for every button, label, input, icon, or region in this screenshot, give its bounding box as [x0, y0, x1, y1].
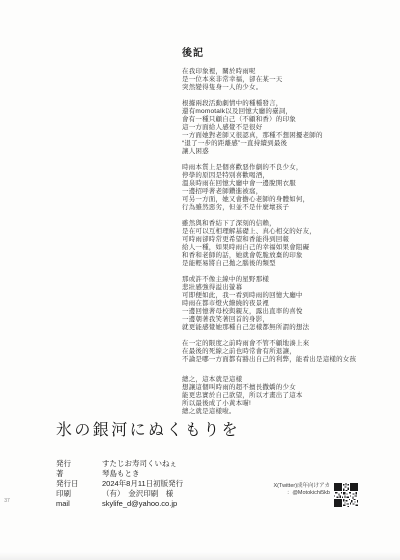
afterword-line: 總之就是這樣啦。 [182, 408, 360, 416]
afterword-line: 在我印象裡，關於時雨呢 [182, 68, 360, 76]
afterword-line: 雖然與和香結下了深刻的信賴， [182, 220, 360, 228]
afterword-line: 一邊朝著我笑著回首的身影， [182, 316, 360, 324]
afterword-line: 所以最後成了小黃本喵! [182, 400, 360, 408]
colophon-label: 発行 [56, 459, 102, 469]
afterword-line: 可即便如此，我一看到時雨的回憶大廳中 [182, 292, 360, 300]
afterword-line: 溫泉時雨在回憶大廳中會一邊脫開衣服 [182, 180, 360, 188]
scanned-afterword-page: 後記 在我印象裡，關於時雨呢是一位本來非常幸福，卻在某一天突然變得隻身一人的少女… [0, 0, 400, 560]
twitter-note-block: X(Twitter)成年向けアカ ：@Motokichi5kb [250, 483, 358, 507]
colophon-label: 著 [56, 469, 102, 479]
colophon: 発行すたじお寿司くいねぇ著琴島もとき発行日2024年8月11日初版発行印刷（有）… [56, 459, 183, 509]
afterword-line: 就更能感覺她那種自己怎樣都無所謂的想法 [182, 324, 360, 332]
afterword-text-block: 後記 在我印象裡，關於時雨呢是一位本來非常幸福，卻在某一天突然變得隻身一人的少女… [182, 44, 360, 424]
colophon-value: すたじお寿司くいねぇ [102, 459, 177, 469]
afterword-line: 和香和老師的話，她就會乾脆放棄的印象 [182, 252, 360, 260]
colophon-label: 発行日 [56, 479, 102, 489]
afterword-line: 這一方面給人感覺不是很好 [182, 124, 360, 132]
afterword-line: “退了一步的距離感”一直持續到最後 [182, 140, 360, 148]
afterword-line: 會有一種只顧自己（不顧和香）的印象 [182, 116, 360, 124]
afterword-paragraph: 雖然與和香結下了深刻的信賴，是在可以互相理解基礎上、真心相交的好友，可時雨卻時常… [182, 220, 360, 268]
afterword-line: 一邊招呼著老師鑽進被窩， [182, 188, 360, 196]
afterword-line: 給人一種，如果時雨自己的幸福如果會阻礙 [182, 244, 360, 252]
twitter-note: X(Twitter)成年向けアカ ：@Motokichi5kb [250, 483, 330, 497]
colophon-value: 琴島もとき [102, 469, 140, 479]
afterword-line: 行為雖然惡劣，但並不是什麼壞孩子 [182, 204, 360, 212]
colophon-value: skylife_d@yahoo.co.jp [102, 499, 177, 509]
afterword-line: 在一定的限度之前時雨會不管不顧地湊上來 [182, 340, 360, 348]
colophon-value: （有） 金沢印刷 様 [102, 489, 173, 499]
afterword-line: 是一位本來非常幸福，卻在某一天 [182, 76, 360, 84]
colophon-row: 発行日2024年8月11日初版発行 [56, 479, 183, 489]
afterword-paragraph: 在我印象裡，關於時雨呢是一位本來非常幸福，卻在某一天突然變得隻身一人的少女。 [182, 68, 360, 92]
afterword-line: 還有momotalk以及回憶大廳的臺詞， [182, 108, 360, 116]
colophon-row: mailskylife_d@yahoo.co.jp [56, 499, 183, 509]
afterword-line: 在最後的死線之前也時常會有所退讓， [182, 348, 360, 356]
afterword-line: 一方面她對老師又很認真，那種不想困擾老師的 [182, 132, 360, 140]
afterword-line: 停學的原因是特別喜歡喝酒， [182, 172, 360, 180]
afterword-line: 時雨在都市燈火繚繞的夜景裡 [182, 300, 360, 308]
colophon-label: mail [56, 499, 102, 509]
colophon-label: 印刷 [56, 489, 102, 499]
afterword-line: 總之，這本就是這樣 [182, 376, 360, 384]
afterword-line: 可時雨卻時常更希望和香能得到回報 [182, 236, 360, 244]
afterword-paragraph: 根據兩段活動劇情中的種種發言，還有momotalk以及回憶大廳的臺詞，會有一種只… [182, 100, 360, 156]
afterword-line: 一邊回憶著母校與親友，露出直率的喜悅 [182, 308, 360, 316]
afterword-paragraph: 那或許不像主線中的星野那樣悲壯感強得溢出螢幕可即便如此，我一看到時雨的回憶大廳中… [182, 276, 360, 332]
book-title: 氷の銀河にぬくもりを [56, 417, 240, 440]
afterword-heading: 後記 [182, 44, 360, 59]
afterword-line: 根據兩段活動劇情中的種種發言， [182, 100, 360, 108]
afterword-line: 是能輕易將自己拋之腦後的類型 [182, 260, 360, 268]
afterword-paragraph: 總之，這本就是這樣想讓這個叫時雨的超不擅長撒嬌的少女能更忠實於自己欲望，所以才畫… [182, 376, 360, 416]
afterword-paragraph: 在一定的限度之前時雨會不管不顧地湊上來在最後的死線之前也時常會有所退讓，不論是哪… [182, 340, 360, 364]
twitter-note-line2: ：@Motokichi5kb [250, 490, 330, 497]
afterword-line: 那或許不像主線中的星野那樣 [182, 276, 360, 284]
afterword-line: 不論是哪一方面都有豁出自己的利弊，能看出是這樣的女孩 [182, 356, 360, 364]
afterword-line: 能更忠實於自己欲望，所以才畫出了這本 [182, 392, 360, 400]
afterword-line: 悲壯感強得溢出螢幕 [182, 284, 360, 292]
afterword-line: 突然變得隻身一人的少女。 [182, 84, 360, 92]
qr-code-icon [334, 483, 358, 507]
afterword-line: 是在可以互相理解基礎上、真心相交的好友， [182, 228, 360, 236]
twitter-note-line1: X(Twitter)成年向けアカ [250, 483, 330, 490]
colophon-value: 2024年8月11日初版発行 [102, 479, 183, 489]
colophon-row: 発行すたじお寿司くいねぇ [56, 459, 183, 469]
scan-edge-shadow [0, 552, 400, 560]
afterword-line: 可另一方面，她又會擔心老師的身體如何， [182, 196, 360, 204]
colophon-row: 著琴島もとき [56, 469, 183, 479]
afterword-line: 時雨本質上是個喜歡惡作劇的不良少女， [182, 164, 360, 172]
afterword-line: 讓人困惑 [182, 148, 360, 156]
page-number: 37 [4, 498, 10, 504]
colophon-row: 印刷（有） 金沢印刷 様 [56, 489, 183, 499]
afterword-line: 想讓這個叫時雨的超不擅長撒嬌的少女 [182, 384, 360, 392]
afterword-paragraphs: 在我印象裡，關於時雨呢是一位本來非常幸福，卻在某一天突然變得隻身一人的少女。根據… [182, 68, 360, 416]
afterword-paragraph: 時雨本質上是個喜歡惡作劇的不良少女，停學的原因是特別喜歡喝酒，溫泉時雨在回憶大廳… [182, 164, 360, 212]
